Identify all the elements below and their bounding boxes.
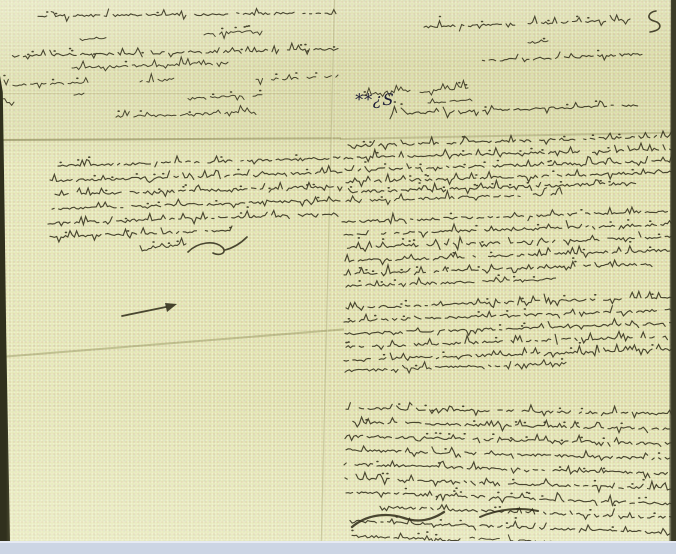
handwriting-line	[345, 360, 566, 373]
handwriting-line	[345, 246, 674, 265]
diacritic-dots	[106, 185, 314, 191]
handwriting-line	[38, 9, 336, 22]
diacritic-dots	[383, 473, 645, 484]
diacritic-dots	[399, 404, 673, 411]
diacritic-dots	[394, 101, 596, 107]
right-paragraph-2	[342, 207, 674, 287]
diacritic-dots	[451, 210, 582, 214]
handwriting-line	[4, 78, 88, 88]
handwriting-line	[428, 99, 472, 103]
diacritic-dots	[213, 91, 261, 95]
right-paragraph-1	[344, 131, 674, 205]
handwriting-line	[12, 43, 338, 59]
handwriting-line	[346, 403, 674, 418]
handwriting-line	[74, 93, 84, 95]
handwriting-line	[344, 143, 674, 161]
handwriting-line	[346, 292, 674, 311]
handwriting-line	[390, 101, 642, 119]
diacritic-dots	[47, 12, 158, 14]
header-right-block	[362, 15, 642, 119]
handwriting-line	[344, 221, 674, 237]
right-paragraph-3	[344, 292, 675, 373]
handwriting-line	[347, 232, 671, 251]
handwriting-line	[345, 319, 674, 336]
handwriting-line	[344, 461, 674, 478]
header-left-block	[0, 9, 338, 118]
handwriting-line	[50, 166, 342, 183]
diacritic-dots	[4, 76, 78, 80]
handwriting-line	[72, 57, 228, 71]
corner-numeral-mark	[649, 11, 660, 32]
diacritic-dots	[366, 420, 622, 424]
diacritic-dots	[359, 275, 534, 282]
handwriting-line	[346, 187, 562, 204]
handwriting-line	[528, 40, 548, 43]
diacritic-dots	[445, 449, 659, 453]
diacritic-dots	[346, 338, 497, 343]
handwriting-line	[52, 197, 340, 210]
bottom-border-strip	[0, 541, 676, 554]
handwriting-line	[345, 472, 674, 492]
handwriting-line	[48, 211, 338, 226]
handwriting-line	[346, 446, 674, 460]
diacritic-dots	[126, 207, 249, 218]
left-paragraph-block	[48, 155, 342, 251]
right-paragraph-4	[344, 403, 674, 544]
handwriting-line	[256, 75, 338, 85]
handwriting-line	[482, 52, 642, 62]
diacritic-dots	[348, 309, 525, 319]
diacritic-dots	[500, 323, 525, 326]
handwriting-line	[380, 505, 674, 519]
handwriting-line	[350, 518, 674, 535]
handwriting-line	[346, 332, 674, 350]
document-scan: **¿S	[0, 0, 676, 554]
diacritic-dots	[222, 26, 250, 29]
handwriting-ink-overlay	[0, 0, 676, 554]
handwriting-line	[116, 106, 256, 118]
handwriting-line	[342, 207, 674, 223]
handwriting-line	[424, 15, 630, 31]
handwriting-line	[345, 155, 674, 172]
arrow-mark-tail	[122, 307, 166, 316]
diacritic-dots	[94, 170, 307, 178]
signature-swash	[188, 237, 247, 254]
big-flourish-bottom-1	[352, 512, 444, 527]
diacritic-dots	[365, 161, 551, 165]
diacritic-dots	[276, 73, 317, 74]
diacritic-dots	[476, 220, 651, 226]
handwriting-line	[345, 435, 674, 447]
handwriting-line	[140, 238, 186, 251]
diacritic-dots	[66, 228, 231, 233]
diacritic-dots	[352, 530, 437, 534]
handwriting-line	[80, 37, 106, 40]
handwriting-line	[353, 417, 674, 433]
diacritic-dots	[377, 462, 605, 469]
handwriting-line	[55, 183, 342, 197]
handwriting-line	[50, 226, 232, 242]
diacritic-dots	[440, 16, 589, 21]
typed-annotation-mark: **¿S	[355, 90, 396, 109]
handwriting-line	[188, 95, 262, 101]
handwriting-line	[344, 260, 652, 276]
handwriting-line	[140, 74, 174, 82]
handwriting-line	[346, 491, 674, 505]
arrow-mark-head	[165, 303, 177, 312]
handwriting-line	[420, 81, 468, 96]
handwriting-line	[346, 277, 560, 287]
handwriting-line	[58, 156, 340, 167]
handwriting-line	[344, 345, 674, 362]
handwriting-line	[204, 31, 262, 39]
diacritic-dots	[153, 241, 178, 243]
handwriting-line	[348, 131, 674, 149]
